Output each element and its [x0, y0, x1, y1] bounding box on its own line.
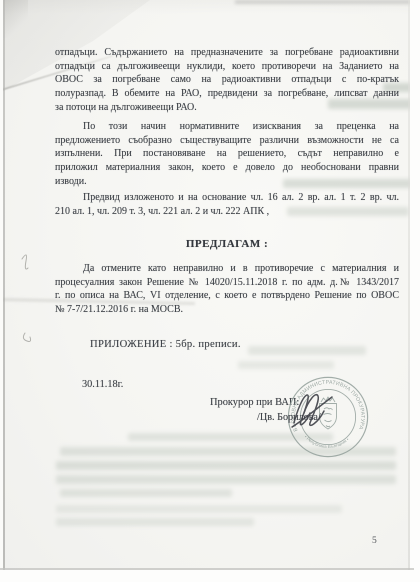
text-line: Да отмените като неправилно и в противор… [55, 262, 399, 276]
text-line: отпадъци са дългоживеещи нуклиди, което … [55, 60, 399, 74]
text-line: за потоци на дългоживеещи РАО. [55, 101, 399, 115]
ink-speck [14, 245, 40, 363]
page-number: 5 [372, 536, 377, 546]
text-line: процесуалния закон Решение № 14020/15.11… [55, 276, 399, 290]
paper-edge-right [408, 0, 410, 582]
scan-margin-right [410, 0, 420, 582]
text-line: предложението съобразно съществуващите р… [55, 134, 399, 148]
scan-margin-bottom [0, 570, 420, 582]
text-line: изпълнени. При постановяване на решениет… [55, 147, 399, 161]
bleed-through-line [56, 505, 342, 513]
bleed-through-line [56, 461, 396, 470]
attachment-line: ПРИЛОЖЕНИЕ : 5бр. преписи. [90, 339, 241, 350]
text-line: № 7-7/21.12.2016 г. на МОСВ. [55, 303, 399, 317]
bleed-through-line [238, 361, 334, 369]
stamp-ring-text-bottom: • Република България • [304, 434, 351, 449]
text-line: 210 ал. 1, чл. 209 т. 3, чл. 221 ал. 2 и… [55, 205, 399, 219]
paragraph-3: Предвид изложеното и на основание чл. 16… [55, 191, 399, 218]
document-date: 30.11.18г. [82, 379, 123, 390]
scanned-document-page: отпадъци. Съдържанието на предназначенит… [0, 0, 420, 582]
bleed-through-line [56, 475, 396, 484]
text-line: г. по описа на ВАС, VI отделение, с коет… [55, 289, 399, 303]
proposal-heading: ПРЕДЛАГАМ : [55, 238, 399, 250]
text-line: отпадъци. Съдържанието на предназначенит… [55, 46, 399, 60]
text-line: ОВОС за погребване само на радиоактивни … [55, 73, 399, 87]
paper-edge-left [3, 0, 5, 582]
svg-text:• Република България •: • Република България • [304, 434, 351, 449]
handwritten-signature [288, 387, 338, 433]
paragraph-1: отпадъци. Съдържанието на предназначенит… [55, 46, 399, 114]
paragraph-4: Да отмените като неправилно и в противор… [55, 262, 399, 317]
text-line: изводи. [55, 175, 399, 189]
paragraph-2: По този начин нормативните изисквания за… [55, 120, 399, 188]
bleed-through-line [56, 518, 254, 526]
bleed-through-line [60, 489, 232, 497]
text-line: По този начин нормативните изисквания за… [55, 120, 399, 134]
text-line: Предвид изложеното и на основание чл. 16… [55, 191, 399, 205]
text-line: приложил материалния закон, което е дове… [55, 161, 399, 175]
scan-smudge [235, 0, 420, 4]
text-line: полуразпад. В обемите на РАО, предвидени… [55, 87, 399, 101]
bleed-through-line [248, 346, 366, 355]
